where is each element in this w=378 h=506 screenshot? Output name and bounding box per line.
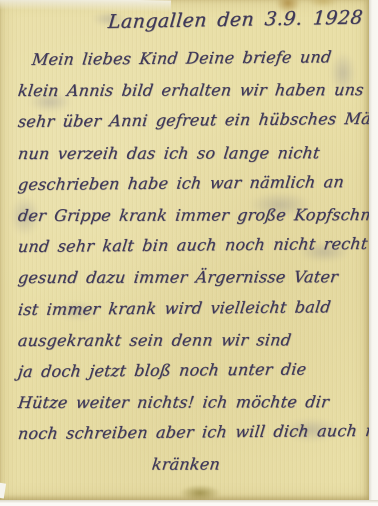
letter-line: Mein liebes Kind Deine briefe und xyxy=(16,41,356,75)
scanned-letter-page: Langallen den 3.9. 1928 Mein liebes Kind… xyxy=(0,0,378,506)
letter-line: und sehr kalt bin auch noch nicht recht xyxy=(16,228,356,262)
letter-line: ist immer krank wird vielleicht bald xyxy=(16,291,356,325)
letter-line: noch schreiben aber ich will dich auch n… xyxy=(16,415,356,449)
letter-closing: kränken xyxy=(16,449,356,481)
scan-edge-right xyxy=(369,0,378,506)
letter-line: gesund dazu immer Ärgernisse Vater xyxy=(16,261,356,293)
paper-corner-notch xyxy=(0,482,6,498)
letter-body: Mein liebes Kind Deine briefe und klein … xyxy=(18,44,354,481)
scan-edge-bottom xyxy=(0,500,378,506)
letter-line: ausgekrankt sein denn wir sind xyxy=(16,324,356,356)
letter-line: geschrieben habe ich war nämlich an xyxy=(16,166,356,200)
letter-line: Hütze weiter nichts! ich möchte dir xyxy=(16,386,356,418)
letter-dateline: Langallen den 3.9. 1928 xyxy=(107,7,364,33)
letter-line: nun verzeih das ich so lange nicht xyxy=(16,137,356,169)
letter-line: ja doch jetzt bloß noch unter die xyxy=(16,353,356,387)
letter-paper: Langallen den 3.9. 1928 Mein liebes Kind… xyxy=(0,0,369,500)
bottom-edge-stain xyxy=(180,485,220,501)
letter-line: der Grippe krank immer große Kopfschmerz… xyxy=(16,199,356,231)
letter-line: klein Annis bild erhalten wir haben uns xyxy=(16,74,356,106)
letter-line: sehr über Anni gefreut ein hübsches Mäde… xyxy=(16,103,356,137)
